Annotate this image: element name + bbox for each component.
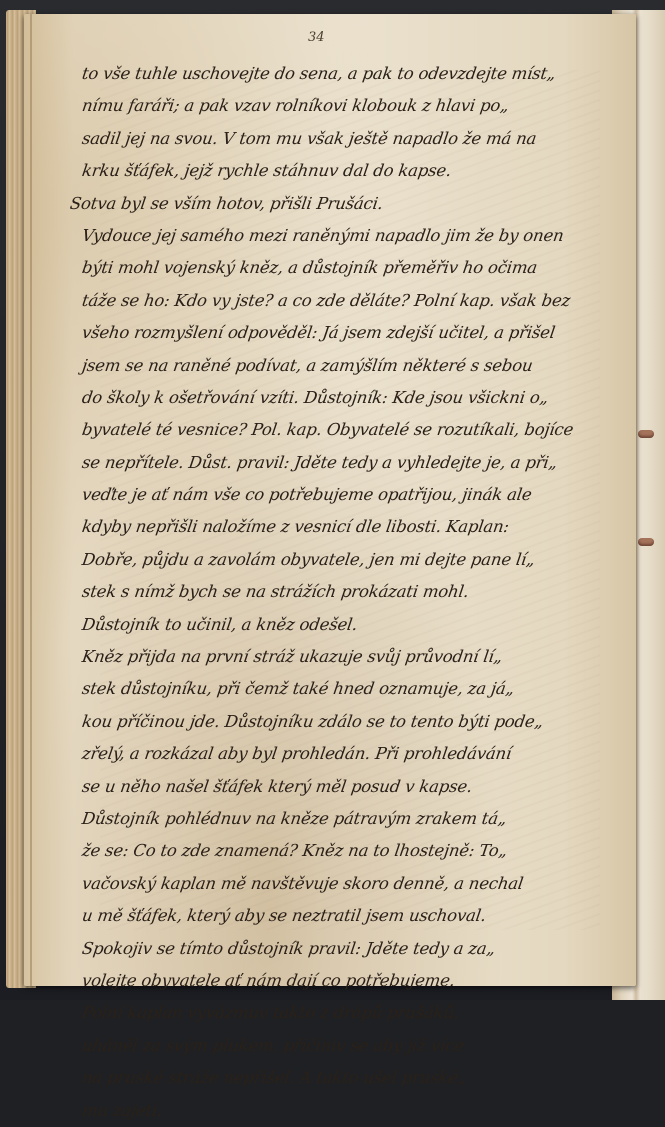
text-line: Sotva byl se vším hotov, přišli Prušáci. <box>68 188 637 220</box>
binding-stitch-icon <box>638 430 654 438</box>
text-line: se nepřítele. Důst. pravil: Jděte tedy a… <box>80 447 637 479</box>
handwritten-text-block: to vše tuhle uschovejte do sena, a pak t… <box>82 58 634 1000</box>
text-line: se u něho našel šťáfek který měl posud v… <box>80 771 637 803</box>
text-line: kou příčinou jde. Důstojníku zdálo se to… <box>80 706 637 738</box>
text-line: volejte obyvatele ať nám dají co potřebu… <box>80 965 637 997</box>
text-line: Spokojiv se tímto důstojník pravil: Jdět… <box>80 933 637 965</box>
text-line: jsem se na raněné podívat, a zamýšlím ně… <box>80 350 637 382</box>
text-line: nímu faráři; a pak vzav rolníkovi klobou… <box>80 90 637 122</box>
text-line: Vydouce jej samého mezi raněnými napadlo… <box>80 220 637 252</box>
text-line: sadil jej na svou. V tom mu však ještě n… <box>80 123 637 155</box>
text-line: že se: Co to zde znamená? Kněz na to lho… <box>80 835 637 867</box>
text-line: to vše tuhle uschovejte do sena, a pak t… <box>80 58 637 90</box>
text-line: býti mohl vojenský kněz, a důstojník pře… <box>80 252 637 284</box>
text-line: stek s nímž bych se na strážích prokázat… <box>80 576 637 608</box>
text-line: táže se ho: Kdo vy jste? a co zde děláte… <box>80 285 637 317</box>
text-line: vačovský kaplan mě navštěvuje skoro denn… <box>80 868 637 900</box>
text-line: Kněz přijda na první stráž ukazuje svůj … <box>80 641 637 673</box>
page-number: 34 <box>308 30 325 45</box>
text-line: všeho rozmyšlení odpověděl: Já jsem zdej… <box>80 317 637 349</box>
text-line: stek důstojníku, při čemž také hned ozna… <box>80 673 637 705</box>
text-line: veďte je ať nám vše co potřebujeme opatř… <box>80 479 637 511</box>
text-line: zřelý, a rozkázal aby byl prohledán. Při… <box>80 738 637 770</box>
binding-stitch-icon <box>638 538 654 546</box>
text-line: Důstojník to učinil, a kněz odešel. <box>80 609 637 641</box>
text-line: byvatelé té vesnice? Pol. kap. Obyvatelé… <box>80 414 637 446</box>
text-line: u mě šťáfek, který aby se neztratil jsem… <box>80 900 637 932</box>
text-line: Důstojník pohlédnuv na kněze pátravým zr… <box>80 803 637 835</box>
text-line: do školy k ošetřování vzíti. Důstojník: … <box>80 382 637 414</box>
text-line: kdyby nepřišli naložíme z vesnicí dle li… <box>80 511 637 543</box>
text-line: Dobře, půjdu a zavolám obyvatele, jen mi… <box>80 544 637 576</box>
text-line: krku šťáfek, jejž rychle stáhnuv dal do … <box>80 155 637 187</box>
